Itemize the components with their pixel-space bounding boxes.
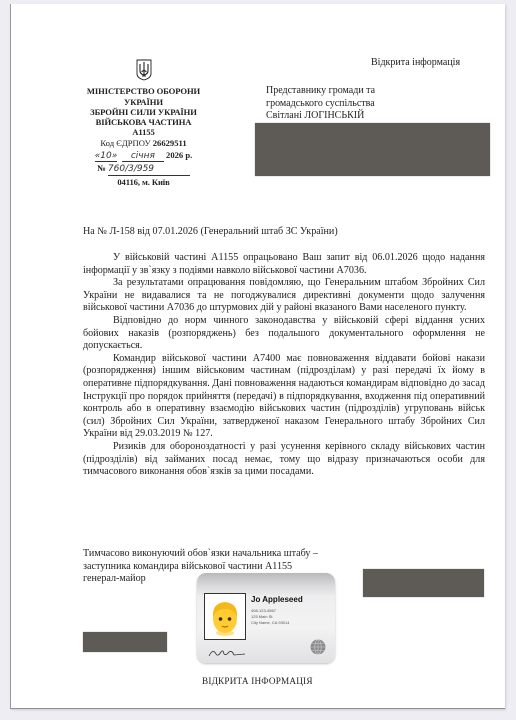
signature-line: заступника командира військової частини … [83,561,318,574]
org-line: МІНІСТЕРСТВО ОБОРОНИ [81,86,206,96]
card-phone: 408-123-4567 [251,608,276,613]
redaction-block-signature [363,569,484,597]
number-row: № 760/3/959 [81,163,206,175]
date-month: січня [122,151,164,162]
date-day: «10» [95,151,117,162]
org-line: УКРАЇНИ [81,97,206,107]
org-line: А1155 [81,127,206,137]
org-line: ВІЙСЬКОВА ЧАСТИНА [81,117,206,127]
edrpou-value: 26629511 [153,138,187,148]
letterhead: МІНІСТЕРСТВО ОБОРОНИ УКРАЇНИ ЗБРОЙНІ СИЛ… [81,59,206,187]
redaction-block-address [255,123,490,176]
classification-bottom: ВІДКРИТА ІНФОРМАЦІЯ [202,676,313,686]
number-value: 760/3/959 [108,164,190,175]
globe-icon [310,639,326,655]
addressee-line: Світлані ЛОГІНСЬКІЙ [266,110,375,123]
addressee-line: громадського суспільства [266,98,375,111]
letter-body: У військовій частині А1155 опрацьовано В… [83,252,485,479]
addressee-line: Представнику громади та [266,85,375,98]
signature-scribble-icon [207,646,247,658]
card-holder-name: Jo Appleseed [251,595,303,604]
number-label: № [97,163,106,173]
paragraph: У військовій частині А1155 опрацьовано В… [83,252,485,277]
paragraph: За результатами опрацювання повідомляю, … [83,277,485,315]
card-street: 125 Main St. [251,614,273,619]
signature-line: Тимчасово виконуючий обов`язки начальник… [83,548,318,561]
paragraph: Командир військової частини А7400 має по… [83,353,485,441]
org-line: ЗБРОЙНІ СИЛИ УКРАЇНИ [81,107,206,117]
trident-coat-of-arms-icon [136,59,152,81]
paragraph: Відповідно до норм чинного законодавства… [83,315,485,353]
person-emoji-icon [208,597,242,637]
photo-frame [204,593,246,640]
card-city: City Name, CA 93014 [251,620,289,625]
date-year: 2026 р. [166,150,192,160]
classification-top: Відкрита інформація [371,57,460,68]
id-card-sticker: Jo Appleseed 408-123-4567 125 Main St. C… [197,573,335,663]
redaction-block-name [83,632,167,652]
edrpou-label: Код ЄДРПОУ [100,138,150,148]
paragraph: Ризиків для обороноздатності у разі усун… [83,441,485,479]
document-page: МІНІСТЕРСТВО ОБОРОНИ УКРАЇНИ ЗБРОЙНІ СИЛ… [10,4,505,709]
edrpou-row: Код ЄДРПОУ 26629511 [81,138,206,148]
reference-line: На № Л-158 від 07.01.2026 (Генеральний ш… [83,226,338,237]
address: 04116, м. Київ [81,177,206,187]
addressee: Представнику громади та громадського сус… [266,85,375,123]
date-row: «10» січня 2026 р. [81,150,206,162]
